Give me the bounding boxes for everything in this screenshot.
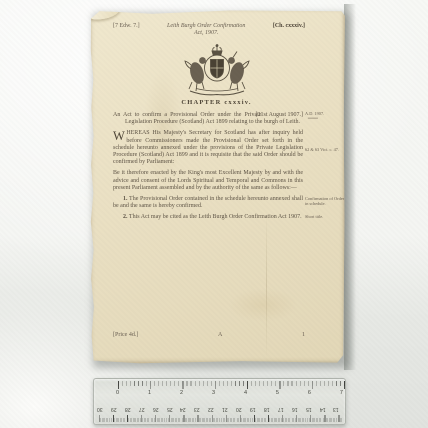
header-act-title: Leith Burgh Order Confirmation Act, 1907…	[167, 23, 245, 37]
ruler-inch-number: 4	[244, 390, 247, 396]
margin-note-section-1: Confirmation of Order in schedule.	[305, 196, 347, 214]
ruler-cm-number: 13	[333, 406, 339, 412]
header-act-title-line2: Act, 1907.	[194, 30, 219, 36]
ruler-cm-number: 15	[306, 406, 312, 412]
margin-note-empty	[305, 170, 347, 196]
ruler-cm-number: 23	[194, 406, 200, 412]
footer-price: [Price 4d.]	[113, 332, 138, 338]
ruler-inch-number: 7	[340, 390, 343, 396]
ruler: 0 1 2 3 4 5 6 7 30 29 28 27 26 25 24 23 …	[93, 378, 346, 425]
header-chapter-ref: [Ch. cxxxiv.]	[273, 23, 305, 30]
section-2-text: This Act may be cited as the Leith Burgh…	[129, 214, 302, 220]
running-header: [7 Edw. 7.] Leith Burgh Order Confirmati…	[113, 23, 305, 37]
ruler-cm-number: 24	[180, 406, 186, 412]
preamble-text: HEREAS His Majesty's Secretary for Scotl…	[113, 130, 303, 165]
document-page: [7 Edw. 7.] Leith Burgh Order Confirmati…	[88, 8, 345, 364]
paper-stain	[228, 288, 298, 322]
ruler-cm-number: 30	[97, 406, 103, 412]
ruler-inch-number: 0	[116, 390, 119, 396]
ruler-cm-number: 28	[125, 406, 131, 412]
act-body: [21st August 1907.] An Act to confirm a …	[113, 112, 345, 226]
ruler-cm-scale: 30 29 28 27 26 25 24 23 22 21 20 19 18 1…	[97, 406, 339, 412]
ruler-cm-number: 27	[139, 406, 145, 412]
ruler-cm-number: 14	[320, 406, 326, 412]
ruler-cm-major-ticks	[99, 415, 342, 422]
ruler-inch-number: 6	[308, 390, 311, 396]
preamble-dropcap: W	[113, 130, 125, 142]
ruler-cm-number: 17	[278, 406, 284, 412]
ruler-cm-number: 18	[264, 406, 270, 412]
ruler-inch-scale: 0 1 2 3 4 5 6 7	[116, 390, 343, 396]
ruler-cm-number: 20	[236, 406, 242, 412]
ruler-inch-number: 5	[276, 390, 279, 396]
ruler-inch-number: 1	[148, 390, 151, 396]
long-title: [21st August 1907.] An Act to confirm a …	[113, 112, 303, 126]
margin-note-year: A.D. 1907.	[305, 112, 347, 130]
ruler-cm-number: 26	[153, 406, 159, 412]
section-1-text: The Provisional Order contained in the s…	[113, 196, 303, 209]
ruler-inch-number: 2	[180, 390, 183, 396]
photo-background: [7 Edw. 7.] Leith Burgh Order Confirmati…	[0, 0, 428, 428]
ruler-cm-number: 25	[167, 406, 173, 412]
ruler-cm-number: 19	[250, 406, 256, 412]
section-2-number: 2.	[123, 214, 128, 220]
ruler-cm-number: 16	[292, 406, 298, 412]
header-regnal-year: [7 Edw. 7.]	[113, 23, 140, 30]
header-act-title-line1: Leith Burgh Order Confirmation	[167, 23, 245, 29]
royal-coat-of-arms-icon	[178, 44, 256, 96]
margin-note-section-2: Short title.	[305, 214, 347, 225]
ruler-cm-number: 29	[111, 406, 117, 412]
ruler-inch-number: 3	[212, 390, 215, 396]
footer-signature-mark: A	[218, 332, 222, 338]
ruler-inch-major-ticks	[118, 381, 346, 389]
chapter-heading: CHAPTER cxxxiv.	[88, 99, 345, 106]
section-2: 2. This Act may be cited as the Leith Bu…	[113, 214, 303, 221]
footer-page-number: 1	[302, 332, 305, 338]
ruler-cm-number: 22	[208, 406, 214, 412]
page-footer: [Price 4d.] A 1	[113, 332, 305, 338]
section-1: 1. The Provisional Order contained in th…	[113, 196, 303, 210]
preamble: W HEREAS His Majesty's Secretary for Sco…	[113, 130, 303, 166]
margin-note-statute: 62 & 63 Vict. c. 47.	[305, 130, 347, 170]
enacting-clause: Be it therefore enacted by the King's mo…	[113, 170, 303, 192]
paper-corner-curl	[86, 5, 123, 20]
ruler-cm-number: 21	[222, 406, 228, 412]
section-1-number: 1.	[123, 196, 128, 202]
